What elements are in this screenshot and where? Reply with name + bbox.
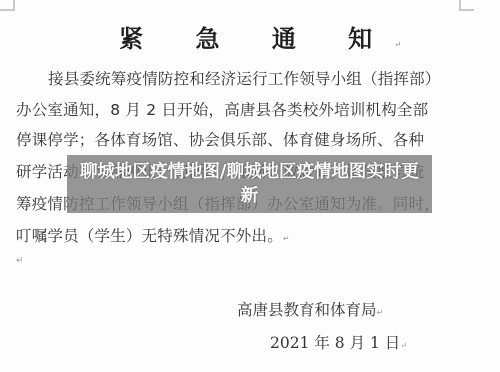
paragraph-mark-icon: ↵ [400,341,407,350]
paragraph-mark-icon: ↵ [377,308,384,317]
paragraph-mark-icon: ↵ [283,234,290,243]
body-line-3: 停课停学；各体育场馆、协会俱乐部、体育健身场所、各种 [16,128,424,150]
body-line-2: 办公室通知，8 月 2 日开始，高唐县各类校外培训机构全部 [16,98,428,120]
notice-title: 紧 急 通 知↵ [0,19,500,54]
notice-title-text: 紧 急 通 知 [119,24,394,53]
body-line-6-text: 叮嘱学员（学生）无特殊情况不外出。 [16,227,283,245]
signature-organization-text: 高唐县教育和体育局 [237,301,377,319]
body-line-1: 接县委统筹疫情防控和经济运行工作领导小组（指挥部） [48,67,441,89]
signature-date-text: 2021 年 8 月 1 日 [270,334,400,352]
paragraph-mark-icon: ↵ [394,40,401,49]
page-corner-mark-top-right [459,0,474,11]
headline-overlay-text: 聊城地区疫情地图/聊城地区疫情地图实时更新 [80,160,420,208]
body-line-6: 叮嘱学员（学生）无特殊情况不外出。↵ [16,224,290,246]
signature-organization: 高唐县教育和体育局↵ [237,298,383,320]
page-corner-mark-top-left [0,0,15,11]
empty-paragraph-mark-icon: ↵ [16,256,24,266]
signature-date: 2021 年 8 月 1 日↵ [270,331,407,353]
headline-overlay: 聊城地区疫情地图/聊城地区疫情地图实时更新 [67,155,432,213]
